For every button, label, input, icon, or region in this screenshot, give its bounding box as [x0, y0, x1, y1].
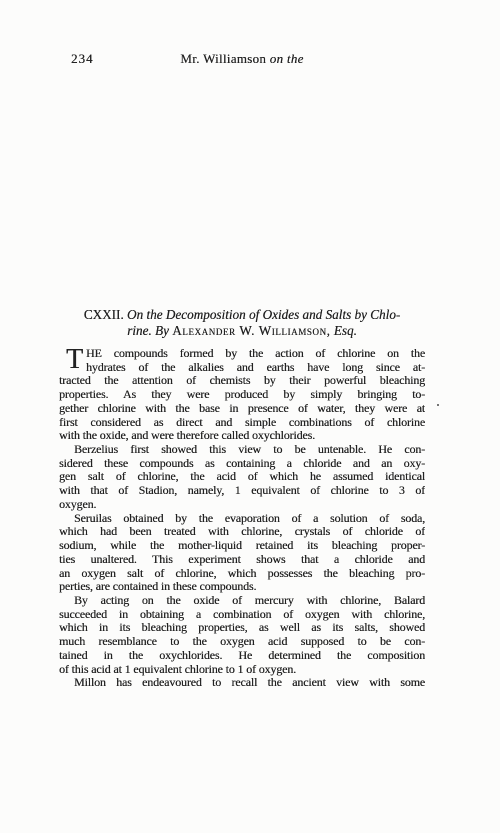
running-title-roman: Mr. Williamson	[180, 51, 266, 66]
paragraph-2: Berzelius first showed this view to be u…	[59, 443, 425, 512]
article-title-line1: CXXII. On the Decomposition of Oxides an…	[50, 307, 434, 323]
paragraph-1: T HE compounds formed by the action of c…	[59, 347, 425, 443]
text-line: an oxygen salt of chlorine, which posses…	[59, 567, 425, 581]
text-line: properties. As they were produced by sim…	[59, 388, 425, 402]
paragraph-4: By acting on the oxide of mercury with c…	[59, 594, 425, 676]
text-line: which in its bleaching properties, as we…	[59, 621, 425, 635]
text-line: perties, are contained in these compound…	[59, 580, 425, 594]
byline-by: By	[155, 323, 169, 338]
text-line: with that of Stadion, namely, 1 equivale…	[59, 484, 425, 498]
author-suffix: Esq.	[334, 323, 357, 338]
text-line: with the oxide, and were therefore calle…	[59, 429, 425, 443]
article-title-text-continued: rine.	[127, 323, 152, 338]
scan-speck	[437, 404, 439, 406]
paragraph-3: Seruilas obtained by the evaporation of …	[59, 512, 425, 594]
page-number: 234	[71, 51, 94, 66]
drop-cap: T	[59, 347, 86, 373]
text-line: much resemblance to the oxygen acid supp…	[59, 635, 425, 649]
running-title-italic: on the	[270, 51, 304, 66]
article-title: CXXII. On the Decomposition of Oxides an…	[50, 307, 434, 338]
paragraph-5: Millon has endeavoured to recall the anc…	[59, 676, 425, 690]
text-line: oxygen.	[59, 498, 425, 512]
text-line: Berzelius first showed this view to be u…	[59, 443, 425, 457]
text-line: sodium, while the mother-liquid retained…	[59, 539, 425, 553]
text-line: tracted the attention of chemists by the…	[59, 374, 425, 388]
text-line: which had been treated with chlorine, cr…	[59, 525, 425, 539]
text-line: gether chlorine with the base in presenc…	[59, 402, 425, 416]
running-title: Mr. Williamson on the	[59, 51, 425, 66]
document-page: 234 Mr. Williamson on the CXXII. On the …	[0, 0, 500, 833]
page-header: 234 Mr. Williamson on the	[59, 51, 425, 66]
text-line: succeeded in obtaining a combination of …	[59, 608, 425, 622]
text-line: Millon has endeavoured to recall the anc…	[59, 676, 425, 690]
text-line: first considered as direct and simple co…	[59, 416, 425, 430]
text-line: By acting on the oxide of mercury with c…	[59, 594, 425, 608]
article-title-line2: rine. By Alexander W. Williamson, Esq.	[50, 323, 434, 339]
text-line: tained in the oxychlorides. He determine…	[59, 649, 425, 663]
text-line: hydrates of the alkalies and earths have…	[86, 361, 425, 375]
text-line: Seruilas obtained by the evaporation of …	[59, 512, 425, 526]
article-body: T HE compounds formed by the action of c…	[59, 347, 425, 690]
text-line: of this acid at 1 equivalent chlorine to…	[59, 663, 425, 677]
text-line: HE compounds formed by the action of chl…	[86, 347, 425, 361]
article-title-text: On the Decomposition of Oxides and Salts…	[127, 307, 400, 322]
text-line: ties unaltered. This experiment shows th…	[59, 553, 425, 567]
text-line: gen salt of chlorine, the acid of which …	[59, 470, 425, 484]
article-number: CXXII.	[84, 307, 124, 322]
text-line: sidered these compounds as containing a …	[59, 457, 425, 471]
author-name: Alexander W. Williamson,	[172, 323, 330, 338]
